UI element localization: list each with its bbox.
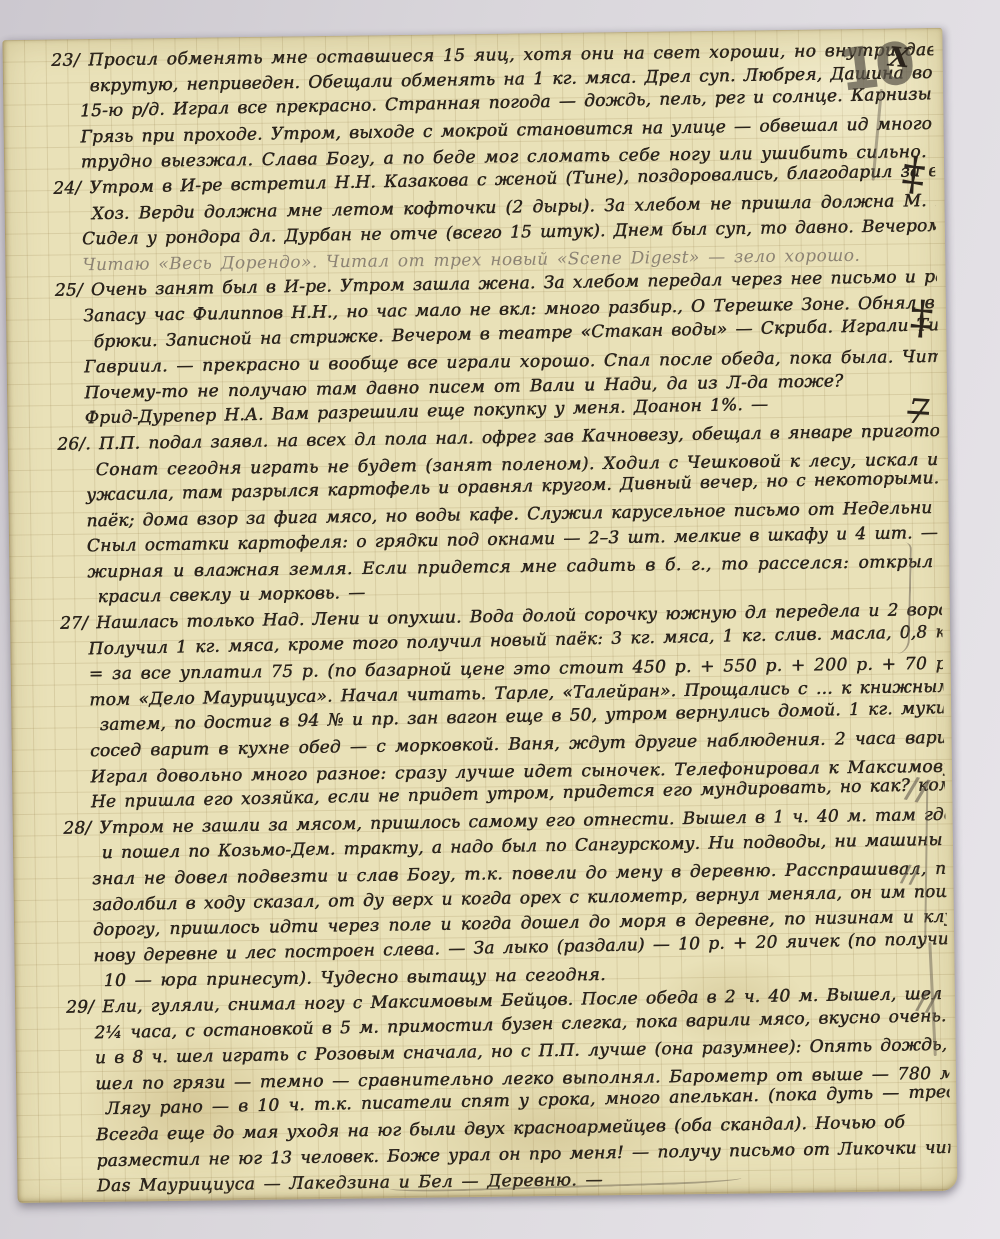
handwriting-text-block: 23/ Просил обменять мне оставшиеся 15 яи… bbox=[49, 37, 951, 1203]
photo-background: 23/ Просил обменять мне оставшиеся 15 яи… bbox=[0, 0, 1000, 1239]
diary-page: 23/ Просил обменять мне оставшиеся 15 яи… bbox=[2, 28, 957, 1203]
